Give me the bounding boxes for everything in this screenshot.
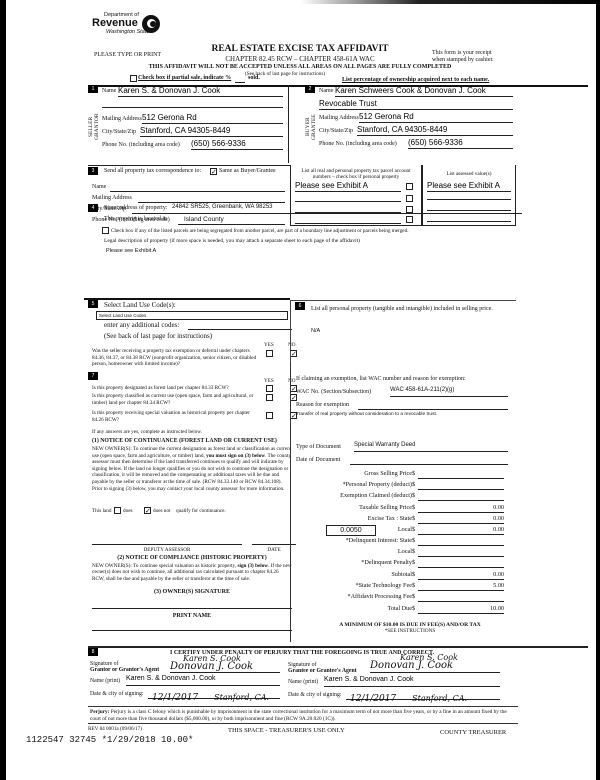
owner-signature-field[interactable] — [92, 608, 292, 609]
seller-side-label: SELLER GRANTOR — [88, 107, 98, 147]
qualify-label: qualify for continuance. — [176, 508, 226, 514]
land-use-section: 5 Select Land Use Code(s): Select Land U… — [88, 300, 288, 370]
additional-codes-label: enter any additional codes: — [104, 321, 179, 329]
fee-row-exemption: Exemption Claimed (deduct)$ — [292, 492, 532, 502]
receipt-note-2: when stamped by cashier. — [432, 57, 494, 63]
exemption-yes-checkbox[interactable] — [266, 350, 273, 357]
buyer-city-field[interactable]: Stanford, CA 94305-8449 — [357, 125, 513, 136]
wac-label: WAC No. (Section/Subsection) — [296, 389, 371, 395]
grantor-name-field[interactable]: Karen S. & Donovan J. Cook — [126, 675, 280, 686]
segregated-label: Check box if any of the listed parcels a… — [111, 228, 409, 234]
print-name-label: PRINT NAME — [92, 613, 292, 619]
scan-edge-left — [0, 0, 6, 780]
buyer-side-label: BUYER GRANTEE — [305, 107, 315, 147]
doc-date-field[interactable] — [350, 464, 508, 465]
owner-signature-title: (3) OWNER(S) SIGNATURE — [92, 589, 292, 595]
county-treasurer-label: COUNTY TREASURER — [440, 729, 506, 736]
see-back-label: (See back of last page for instructions) — [104, 332, 212, 340]
personal-property-checkbox-1[interactable] — [406, 183, 413, 190]
grantor-signature-field[interactable]: Donovan J. Cook — [170, 661, 280, 673]
exemption-deduct-field[interactable] — [418, 492, 504, 501]
buyer-mailing-label: Mailing Address — [319, 115, 359, 121]
doc-type-label: Type of Document — [296, 444, 341, 450]
print-name-field[interactable] — [92, 630, 292, 631]
exemption-claim-label: If claiming an exemption, list WAC numbe… — [296, 376, 466, 382]
grantee-signature-field[interactable]: Donovan J. Cook — [370, 660, 500, 673]
located-field[interactable]: Island County — [184, 216, 224, 223]
form-warning: THIS AFFIDAVIT WILL NOT BE ACCEPTED UNLE… — [110, 64, 490, 70]
buyer-section: 2 BUYER GRANTEE Name Karen Schweers Cook… — [305, 85, 515, 163]
personal-property-checkbox-2[interactable] — [406, 195, 413, 202]
historic-question: Is this property receiving special valua… — [92, 410, 260, 423]
does-not-label: does not — [153, 508, 170, 514]
notice1-body: NEW OWNER(S): To continue the current de… — [92, 446, 292, 492]
section-number: 2 — [305, 85, 315, 93]
seller-phone-label: Phone No. (including area code) — [102, 142, 180, 148]
buyer-name-field[interactable]: Karen Schweers Cook & Donovan J. Cook — [335, 86, 513, 97]
forest-land-question: Is this property designated as forest la… — [92, 385, 260, 391]
receipt-note-1: This form is your receipt — [432, 50, 492, 56]
tech-fee-field[interactable]: 5.00 — [418, 582, 504, 591]
fee-row-personal: *Personal Property (deduct)$ — [292, 481, 532, 491]
fee-row-processing-fee: *Affidavit Processing Fee$ — [292, 593, 532, 603]
designation-section: 7 YES NO Is this property designated as … — [88, 372, 288, 642]
fee-row-tech-fee: *State Technology Fee$5.00 — [292, 582, 532, 592]
scan-edge-right — [596, 0, 600, 780]
doc-type-field[interactable]: Special Warranty Deed — [354, 442, 508, 452]
doc-date-label: Date of Document — [296, 457, 340, 463]
section-number: 5 — [88, 300, 98, 308]
yes-header: YES — [264, 378, 274, 384]
corr-mailing-field[interactable] — [138, 202, 285, 203]
taxable-price-field[interactable]: 0.00 — [418, 504, 504, 513]
historic-yes-checkbox[interactable] — [266, 412, 273, 419]
seller-section: 1 SELLER GRANTOR Name Karen S. & Donovan… — [88, 85, 289, 163]
form-title: REAL ESTATE EXCISE TAX AFFIDAVIT — [200, 44, 400, 54]
seller-mailing-field[interactable]: 512 Gerona Rd — [142, 113, 283, 124]
does-label: does — [123, 508, 133, 514]
reason-label: Reason for exemption — [296, 402, 349, 408]
does-checkbox[interactable] — [114, 507, 121, 514]
local-tax-field[interactable]: 0.00 — [418, 526, 504, 535]
gross-price-field[interactable] — [418, 470, 504, 479]
section-number: 7 — [88, 372, 98, 380]
yes-header: YES — [264, 342, 274, 348]
seller-mailing-label: Mailing Address — [102, 116, 142, 122]
exemption-section: If claiming an exemption, list WAC numbe… — [292, 372, 517, 467]
grantor-name-label: Name (print) — [90, 678, 120, 684]
fee-row-penalty: *Delinquent Penalty$ — [292, 559, 532, 569]
seller-city-label: City/State/Zip — [102, 129, 136, 135]
treasurer-space-label: THIS SPACE - TREASURER'S USE ONLY — [228, 727, 345, 734]
personal-property-label: List all personal property (tangible and… — [311, 304, 511, 314]
divider — [88, 706, 518, 707]
parcel-field-1[interactable]: Please see Exhibit A — [295, 181, 401, 192]
property-section: 4 Street address of property: 24842 SR52… — [88, 204, 588, 264]
dor-logo: Department of Revenue Washington State — [90, 8, 170, 38]
dor-wave-icon — [142, 15, 160, 33]
this-land-label: This land — [92, 508, 111, 514]
deputy-assessor-field[interactable] — [92, 544, 242, 545]
section-number: 6 — [295, 302, 305, 310]
partial-sale-sold: sold. — [248, 75, 260, 81]
perjury-notice: Perjury: Perjury is a class C felony whi… — [90, 709, 515, 722]
buyer-name-label: Name — [319, 88, 333, 94]
segregated-checkbox[interactable] — [102, 227, 109, 234]
section-number: 4 — [88, 204, 98, 212]
interest-state-field[interactable] — [418, 537, 504, 546]
land-use-title: Select Land Use Code(s): — [104, 301, 176, 309]
fees-section: Gross Selling Price$ *Personal Property … — [292, 470, 532, 640]
fee-row-total: Total Due$10.00 — [292, 605, 532, 615]
street-label: Street address of property: — [104, 205, 167, 211]
scan-edge-top — [300, 0, 600, 4]
buyer-city-label: City/State/Zip — [319, 128, 353, 134]
grantee-date-label: Date & city of signing: — [288, 692, 341, 698]
does-not-checkbox[interactable] — [144, 507, 151, 514]
assessed-field-1[interactable]: Please see Exhibit A — [427, 181, 511, 192]
fee-row-state-tax: Excise Tax : State$0.00 — [292, 515, 532, 525]
notice2-body: NEW OWNER(S): To continue special valuat… — [92, 563, 292, 582]
if-yes-note: If any answers are yes, complete as inst… — [92, 429, 202, 435]
current-use-question: Is this property classified as current u… — [92, 393, 260, 406]
additional-codes-field[interactable] — [188, 329, 292, 330]
seller-name-field[interactable]: Karen S. & Donovan J. Cook — [118, 86, 283, 97]
legal-field[interactable]: Please see Exhibit A — [106, 248, 156, 254]
state-tax-field[interactable]: 0.00 — [418, 515, 504, 524]
total-due-field[interactable]: 10.00 — [418, 605, 504, 614]
grantee-date-field[interactable]: 12/1/2017 Stanford, CA. — [346, 688, 500, 700]
form-chapter: CHAPTER 82.45 RCW – CHAPTER 458-61A WAC — [200, 55, 400, 63]
personal-property-section: 6 List all personal property (tangible a… — [290, 300, 516, 363]
penalty-field[interactable] — [418, 559, 504, 568]
grantor-sig-label-2: Grantor or Grantor's Agent — [90, 667, 159, 673]
buyer-name-line2[interactable]: Revocable Trust — [319, 99, 513, 110]
grantor-date-field[interactable]: 12/1/2017 Stanford, CA. — [148, 687, 280, 699]
buyer-mailing-field[interactable]: 512 Gerona Rd — [359, 112, 513, 123]
corr-name-field[interactable] — [110, 191, 285, 192]
land-use-select[interactable]: Select Land Use Codes — [96, 311, 288, 320]
partial-sale-label: Check box if partial sale, indicate % — [138, 75, 231, 81]
reason-line — [358, 409, 508, 410]
deputy-assessor-label: DEPUTY ASSESSOR — [92, 547, 242, 553]
correspondence-label: Send all property tax correspondence to: — [104, 168, 201, 174]
assessed-header: List assessed value(s) — [423, 171, 515, 177]
personal-deduct-field[interactable] — [418, 481, 504, 490]
street-field[interactable]: 24842 SR525, Greenbank, WA 98253 — [172, 204, 522, 214]
current-use-yes-checkbox[interactable] — [266, 394, 273, 401]
agency-line3: Washington State — [106, 29, 149, 35]
agency-line2: Revenue — [92, 17, 138, 29]
corr-name-label: Name — [92, 184, 106, 190]
seller-city-field[interactable]: Stanford, CA 94305-8449 — [140, 126, 283, 137]
exemption-question: Was the seller receiving a property tax … — [92, 348, 260, 368]
subtotal-field[interactable]: 0.00 — [418, 571, 504, 580]
parcel-header: List all real and personal property tax … — [293, 168, 419, 180]
reason-field[interactable]: Transfer of real property without consid… — [296, 412, 437, 417]
fee-row-subtotal: Subtotal$0.00 — [292, 571, 532, 581]
notice2-title: (2) NOTICE OF COMPLIANCE (HISTORIC PROPE… — [92, 555, 292, 561]
partial-sale-percent-field[interactable] — [235, 82, 245, 83]
seller-name-label: Name — [102, 88, 116, 94]
assessed-field-2[interactable] — [427, 199, 511, 200]
fee-row-taxable: Taxable Selling Price$0.00 — [292, 504, 532, 514]
divider — [88, 165, 290, 166]
cashier-stamp: 1122547 32745 *1/29/2018 10.00* — [26, 735, 193, 745]
interest-local-field[interactable] — [418, 548, 504, 557]
partial-sale-checkbox[interactable] — [130, 75, 137, 82]
section-number: 1 — [88, 85, 98, 93]
located-label: This property is located in — [104, 216, 167, 222]
divider — [290, 362, 291, 642]
seller-name-line2[interactable] — [102, 107, 283, 108]
seller-phone-field[interactable]: (650) 566-9336 — [191, 139, 283, 150]
see-instructions-note: *SEE INSTRUCTIONS — [292, 628, 528, 634]
same-as-buyer-checkbox[interactable] — [210, 168, 217, 175]
fee-row-interest-local: Local$ — [292, 548, 532, 558]
section-number: 3 — [88, 167, 98, 175]
same-as-buyer-label: Same as Buyer/Grantee — [219, 168, 276, 174]
fee-row-gross: Gross Selling Price$ — [292, 470, 532, 480]
wac-field[interactable]: WAC 458-61A-211(2)(g) — [390, 387, 508, 397]
grantor-date-label: Date & city of signing: — [90, 691, 143, 697]
buyer-phone-label: Phone No. (including area code) — [319, 141, 397, 147]
forest-land-yes-checkbox[interactable] — [266, 385, 273, 392]
legal-label: Legal description of property (if more s… — [104, 238, 360, 244]
notice1-title: (1) NOTICE OF CONTINUANCE (FOREST LAND O… — [92, 438, 277, 444]
ownership-note: List percentage of ownership acquired ne… — [342, 77, 489, 83]
grantee-sig-label-2: Grantee or Grantee's Agent — [288, 668, 357, 674]
please-type-label: PLEASE TYPE OR PRINT — [94, 52, 161, 58]
grantee-name-label: Name (print) — [288, 679, 318, 685]
processing-fee-field[interactable] — [418, 593, 504, 602]
form-revision: REV 84 0001a (09/06/17) — [88, 726, 142, 732]
corr-mailing-label: Mailing Address — [92, 195, 132, 201]
parcel-field-2[interactable] — [295, 201, 401, 202]
buyer-phone-field[interactable]: (650) 566-9336 — [408, 138, 513, 149]
grantee-name-field[interactable]: Karen S. & Donovan J. Cook — [324, 676, 500, 687]
personal-property-value[interactable]: N/A — [311, 328, 320, 334]
section-number: 8 — [88, 648, 98, 656]
fee-row-interest-state: *Delinquent Interest: State$ — [292, 537, 532, 547]
divider — [88, 723, 518, 724]
fee-row-local-tax: Local$0.00 — [292, 526, 532, 536]
